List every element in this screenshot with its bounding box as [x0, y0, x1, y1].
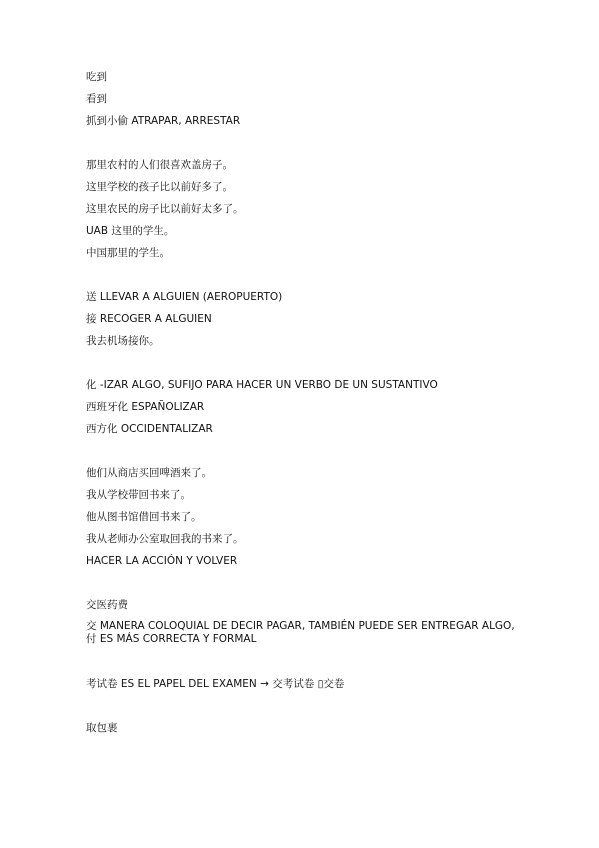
text-line: 我从老师办公室取回我的书来了。 [86, 532, 516, 554]
text-line: 抓到小偷 ATRAPAR, ARRESTAR [86, 114, 516, 136]
block-7: 考试卷 ES EL PAPEL DEL EXAMEN → 交考试卷 ▯交卷 [86, 677, 516, 699]
text-line: 西方化 OCCIDENTALIZAR [86, 422, 516, 444]
text-line: 这里学校的孩子比以前好多了。 [86, 180, 516, 202]
blank-line [86, 655, 516, 677]
blank-line [86, 268, 516, 290]
text-line: 接 RECOGER A ALGUIEN [86, 312, 516, 334]
text-line: UAB 这里的学生。 [86, 224, 516, 246]
block-1: 吃到 看到 抓到小偷 ATRAPAR, ARRESTAR [86, 70, 516, 136]
block-8: 取包裹 [86, 721, 516, 743]
text-line: 看到 [86, 92, 516, 114]
block-2: 那里农村的人们很喜欢盖房子。 这里学校的孩子比以前好多了。 这里农民的房子比以前… [86, 158, 516, 268]
document-page: 吃到 看到 抓到小偷 ATRAPAR, ARRESTAR 那里农村的人们很喜欢盖… [86, 70, 516, 743]
text-line: HACER LA ACCIÓN Y VOLVER [86, 554, 516, 576]
blank-line [86, 356, 516, 378]
text-line: 这里农民的房子比以前好太多了。 [86, 202, 516, 224]
text-line: 西班牙化 ESPAÑOLIZAR [86, 400, 516, 422]
text-line: 我从学校带回书来了。 [86, 488, 516, 510]
text-line: 他们从商店买回啤酒来了。 [86, 466, 516, 488]
text-line: 吃到 [86, 70, 516, 92]
text-line: 考试卷 ES EL PAPEL DEL EXAMEN → 交考试卷 ▯交卷 [86, 677, 516, 699]
blank-line [86, 699, 516, 721]
text-line: 化 -IZAR ALGO, SUFIJO PARA HACER UN VERBO… [86, 378, 516, 400]
text-line: 交医药费 [86, 598, 516, 620]
text-line: 那里农村的人们很喜欢盖房子。 [86, 158, 516, 180]
text-line: 中国那里的学生。 [86, 246, 516, 268]
text-line: 取包裹 [86, 721, 516, 743]
text-line: 送 LLEVAR A ALGUIEN (AEROPUERTO) [86, 290, 516, 312]
block-4: 化 -IZAR ALGO, SUFIJO PARA HACER UN VERBO… [86, 378, 516, 444]
blank-line [86, 576, 516, 598]
text-line: 交 MANERA COLOQUIAL DE DECIR PAGAR, TAMBI… [86, 620, 516, 646]
block-6: 交医药费 交 MANERA COLOQUIAL DE DECIR PAGAR, … [86, 598, 516, 646]
block-3: 送 LLEVAR A ALGUIEN (AEROPUERTO) 接 RECOGE… [86, 290, 516, 356]
text-line: 我去机场接你。 [86, 334, 516, 356]
text-line: 他从图书馆借回书来了。 [86, 510, 516, 532]
blank-line [86, 444, 516, 466]
block-5: 他们从商店买回啤酒来了。 我从学校带回书来了。 他从图书馆借回书来了。 我从老师… [86, 466, 516, 576]
blank-line [86, 136, 516, 158]
